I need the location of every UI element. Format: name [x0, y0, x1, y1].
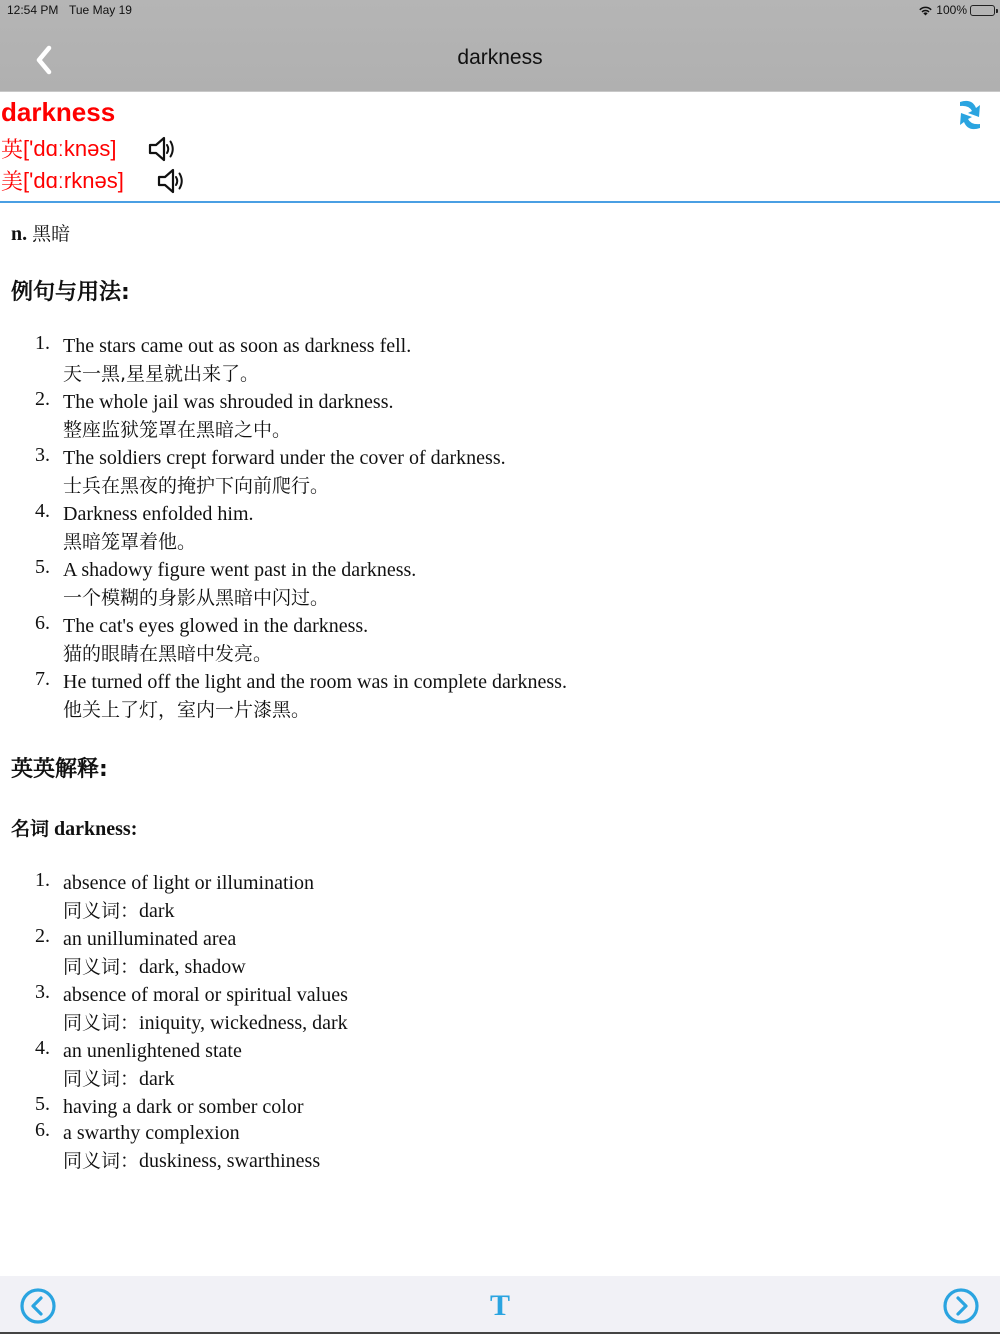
- battery-icon: [970, 5, 995, 16]
- circle-chevron-left-icon: [19, 1287, 57, 1325]
- example-english: He turned off the light and the room was…: [63, 668, 1000, 696]
- synonyms-line: 同义词：iniquity, wickedness, dark: [63, 1009, 1000, 1037]
- definition-item: 3. absence of moral or spiritual values …: [0, 981, 1000, 1037]
- synonyms-line: 同义词：dark: [63, 897, 1000, 925]
- example-chinese: 黑暗笼罩着他。: [63, 528, 1000, 556]
- definition-item: 2. an unilluminated area 同义词：dark, shado…: [0, 925, 1000, 981]
- example-chinese: 整座监狱笼罩在黑暗之中。: [63, 416, 1000, 444]
- example-item: 3. The soldiers crept forward under the …: [0, 444, 1000, 500]
- next-word-button[interactable]: [941, 1286, 981, 1326]
- word-header: darkness 英 ['dɑːknəs] 美 ['dɑːrknəs]: [0, 93, 1000, 203]
- example-english: A shadowy figure went past in the darkne…: [63, 556, 1000, 584]
- example-chinese: 一个模糊的身影从黑暗中闪过。: [63, 584, 1000, 612]
- status-bar: 12:54 PM Tue May 19 100%: [0, 0, 1000, 20]
- example-item: 2. The whole jail was shrouded in darkne…: [0, 388, 1000, 444]
- definition-text: an unilluminated area: [63, 925, 1000, 953]
- definition-text: an unenlightened state: [63, 1037, 1000, 1065]
- circle-chevron-right-icon: [942, 1287, 980, 1325]
- part-of-speech: n.: [11, 223, 27, 245]
- example-item: 5. A shadowy figure went past in the dar…: [0, 556, 1000, 612]
- us-ipa: ['dɑːrknəs]: [23, 168, 124, 194]
- bottom-toolbar: T: [0, 1276, 1000, 1334]
- synonyms-line: 同义词：dark, shadow: [63, 953, 1000, 981]
- definition-item: 5. having a dark or somber color: [0, 1093, 1000, 1119]
- examples-list: 1. The stars came out as soon as darknes…: [0, 332, 1000, 724]
- synonyms: dark, shadow: [139, 956, 246, 978]
- speaker-icon[interactable]: [147, 135, 177, 163]
- example-item: 1. The stars came out as soon as darknes…: [0, 332, 1000, 388]
- us-pronunciation: 美 ['dɑːrknəs]: [1, 165, 186, 196]
- example-chinese: 天一黑,星星就出来了。: [63, 360, 1000, 388]
- us-label: 美: [1, 165, 23, 196]
- definition-item: 1. absence of light or illumination 同义词：…: [0, 869, 1000, 925]
- definition-text: having a dark or somber color: [63, 1093, 1000, 1119]
- definition-text: absence of light or illumination: [63, 869, 1000, 897]
- example-chinese: 他关上了灯，室内一片漆黑。: [63, 696, 1000, 724]
- wifi-icon: [918, 5, 933, 16]
- example-chinese: 士兵在黑夜的掩护下向前爬行。: [63, 472, 1000, 500]
- definition-text: absence of moral or spiritual values: [63, 981, 1000, 1009]
- status-indicators: 100%: [918, 3, 995, 17]
- definition-item: 6. a swarthy complexion 同义词：duskiness, s…: [0, 1119, 1000, 1175]
- status-time: 12:54 PM: [7, 3, 58, 17]
- example-item: 7. He turned off the light and the room …: [0, 668, 1000, 724]
- font-size-button[interactable]: T: [480, 1286, 520, 1326]
- example-item: 4. Darkness enfolded him. 黑暗笼罩着他。: [0, 500, 1000, 556]
- synonyms: iniquity, wickedness, dark: [139, 1012, 348, 1034]
- part-of-speech-line: n. 黑暗: [11, 219, 70, 246]
- uk-pronunciation: 英 ['dɑːknəs]: [1, 133, 177, 164]
- chinese-meaning: 黑暗: [32, 223, 70, 245]
- synonyms: duskiness, swarthiness: [139, 1150, 320, 1172]
- example-english: Darkness enfolded him.: [63, 500, 1000, 528]
- refresh-icon[interactable]: [954, 96, 986, 134]
- previous-word-button[interactable]: [18, 1286, 58, 1326]
- synonyms: dark: [139, 1068, 175, 1090]
- example-item: 6. The cat's eyes glowed in the darkness…: [0, 612, 1000, 668]
- navigation-bar: 12:54 PM Tue May 19 100% darkness: [0, 0, 1000, 92]
- examples-heading: 例句与用法:: [11, 275, 130, 306]
- page-title: darkness: [0, 46, 1000, 70]
- noun-subheading: 名词 darkness:: [11, 814, 137, 841]
- example-english: The cat's eyes glowed in the darkness.: [63, 612, 1000, 640]
- uk-label: 英: [1, 133, 23, 164]
- definition-item: 4. an unenlightened state 同义词：dark: [0, 1037, 1000, 1093]
- example-english: The soldiers crept forward under the cov…: [63, 444, 1000, 472]
- status-date: Tue May 19: [69, 3, 132, 17]
- example-english: The stars came out as soon as darkness f…: [63, 332, 1000, 360]
- example-english: The whole jail was shrouded in darkness.: [63, 388, 1000, 416]
- english-definitions-heading: 英英解释:: [11, 752, 108, 783]
- synonyms: dark: [139, 900, 175, 922]
- definitions-list: 1. absence of light or illumination 同义词：…: [0, 869, 1000, 1175]
- headword: darkness: [1, 97, 115, 128]
- speaker-icon[interactable]: [156, 167, 186, 195]
- definition-text: a swarthy complexion: [63, 1119, 1000, 1147]
- example-chinese: 猫的眼睛在黑暗中发亮。: [63, 640, 1000, 668]
- uk-ipa: ['dɑːknəs]: [23, 136, 116, 162]
- synonyms-line: 同义词：duskiness, swarthiness: [63, 1147, 1000, 1175]
- battery-percent: 100%: [936, 3, 967, 17]
- synonyms-line: 同义词：dark: [63, 1065, 1000, 1093]
